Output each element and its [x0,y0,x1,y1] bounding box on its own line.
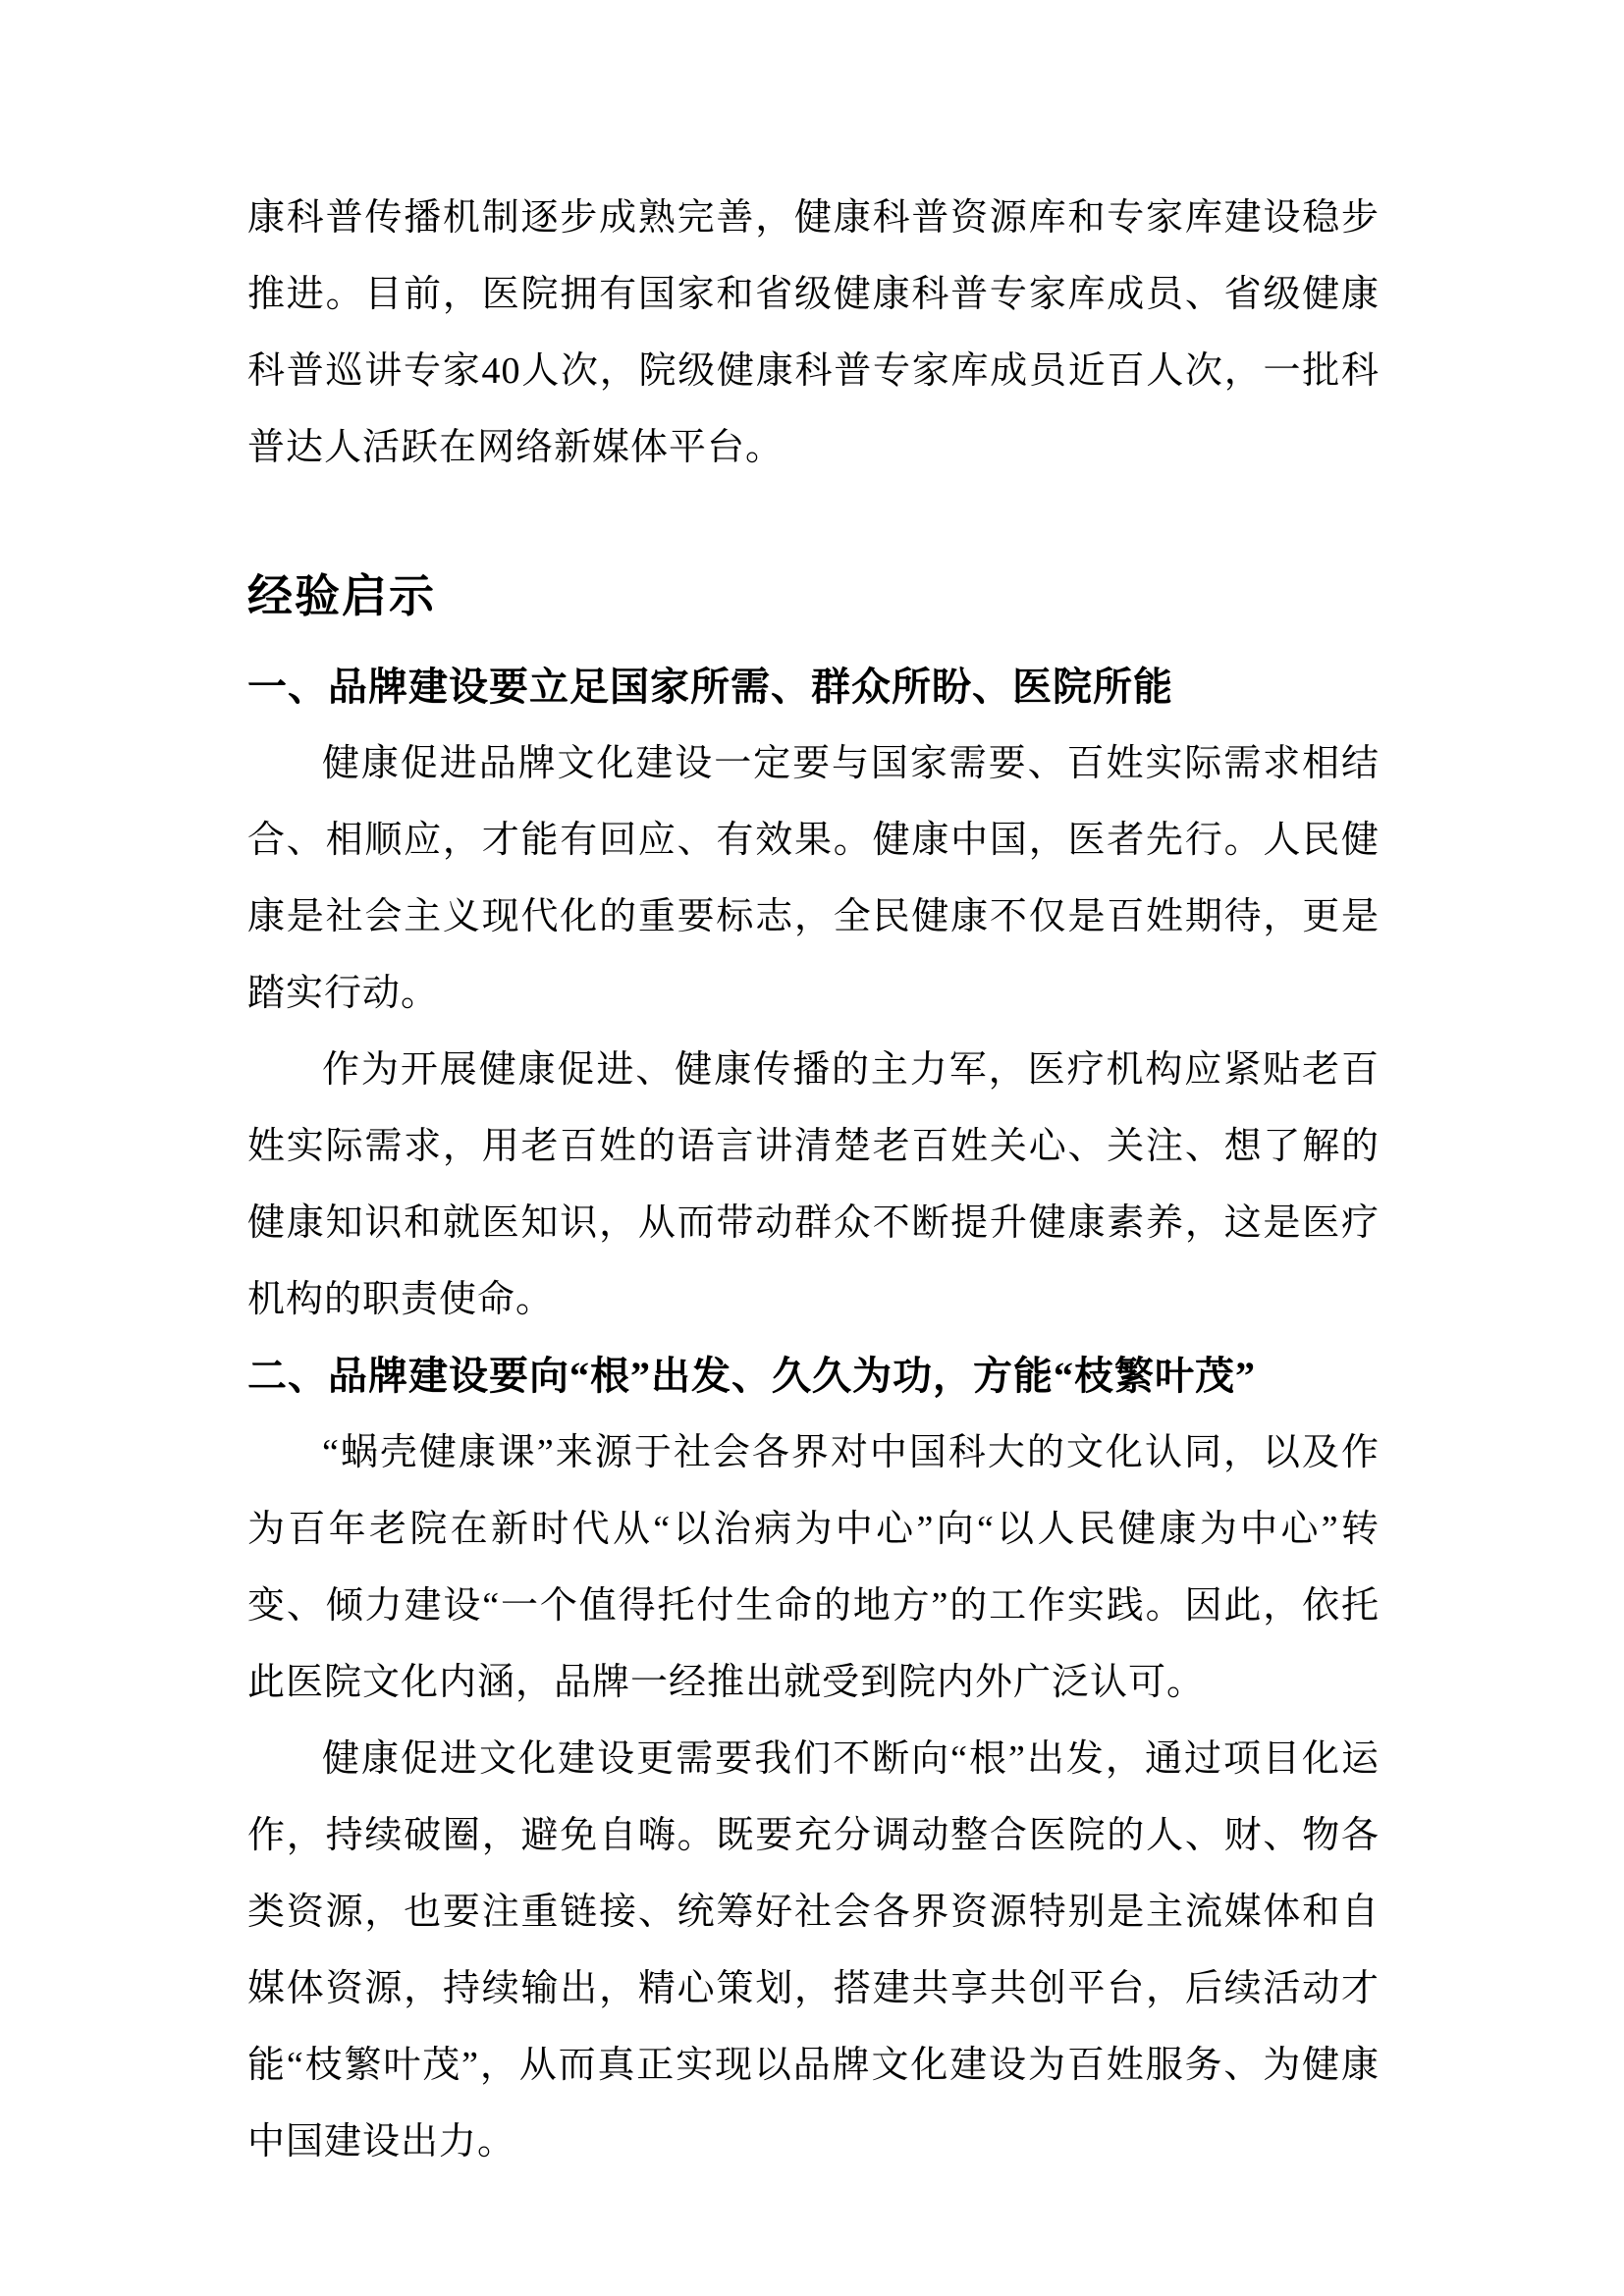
document-content: 康科普传播机制逐步成熟完善，健康科普资源库和专家库建设稳步推进。目前，医院拥有国… [247,180,1380,2180]
section-2-title: 二、品牌建设要向“根”出发、久久为功，方能“枝繁叶茂” [247,1338,1380,1415]
continuation-paragraph: 康科普传播机制逐步成熟完善，健康科普资源库和专家库建设稳步推进。目前，医院拥有国… [247,180,1380,486]
section-2-paragraph-1: “蜗壳健康课”来源于社会各界对中国科大的文化认同，以及作为百年老院在新时代从“以… [247,1415,1380,1721]
section-1-paragraph-2: 作为开展健康促进、健康传播的主力军，医疗机构应紧贴老百姓实际需求，用老百姓的语言… [247,1032,1380,1338]
section-2-paragraph-2: 健康促进文化建设更需要我们不断向“根”出发，通过项目化运作，持续破圈，避免自嗨。… [247,1721,1380,2180]
document-page: 康科普传播机制逐步成熟完善，健康科普资源库和专家库建设稳步推进。目前，医院拥有国… [0,0,1624,2296]
experience-insights-heading: 经验启示 [247,553,1380,641]
section-1-paragraph-1: 健康促进品牌文化建设一定要与国家需要、百姓实际需求相结合、相顺应，才能有回应、有… [247,725,1380,1032]
section-1-title: 一、品牌建设要立足国家所需、群众所盼、医院所能 [247,649,1380,725]
